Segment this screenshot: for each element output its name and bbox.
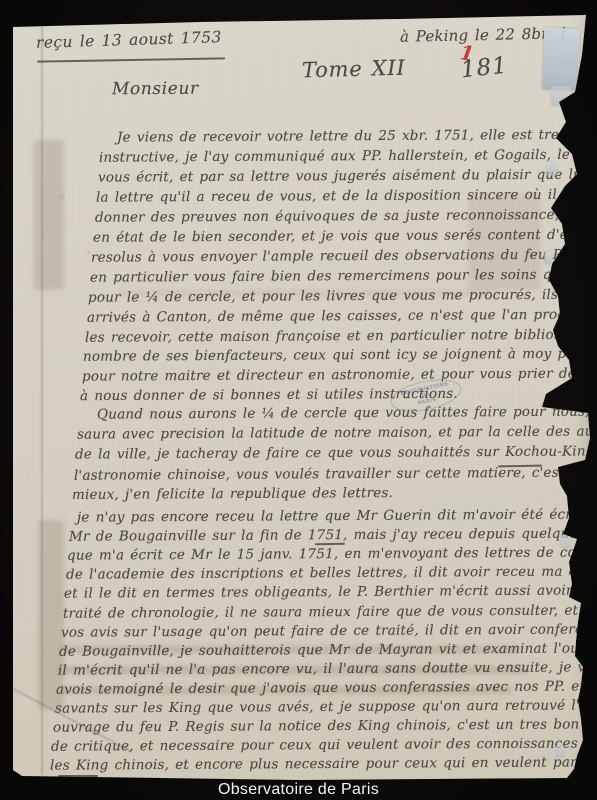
- letter-line: que m'a écrit ce Mr le 15 janv. 1751, en…: [67, 545, 597, 563]
- letter-line: Quand nous aurons le ¼ de cercle que vou…: [97, 404, 597, 422]
- letter-line: vous écrit, et par sa lettre vous jugeré…: [98, 167, 597, 185]
- letter-line: il m'écrit qu'il ne l'a pas encore vu, i…: [58, 660, 586, 678]
- strikethrough-mark: [315, 543, 345, 545]
- folio-number: 181: [460, 54, 509, 84]
- tape-fragment: [561, 535, 570, 548]
- tape-fragment: [544, 252, 552, 264]
- letter-line: avois temoigné le desir que j'avois que …: [56, 679, 597, 697]
- letter-line: en particulier vous faire bien des remer…: [90, 267, 597, 285]
- archival-photo: reçu le 13 aoust 1753 à Peking le 22 8br…: [0, 0, 597, 800]
- letter-line: nombre de ses bienfacteurs, ceux qui son…: [83, 347, 597, 365]
- letter-line: arrivés à Canton, de même que les caisse…: [87, 307, 597, 325]
- letter-line: mieux, j'en felicite la republique des l…: [72, 486, 393, 503]
- letter-line: la lettre qu'il a receu de vous, et de l…: [96, 187, 597, 205]
- letter-line: pour le ¼ de cercle, et pour les livres …: [88, 287, 597, 305]
- lesking-underline: [58, 775, 98, 777]
- letter-line: pour notre maitre et directeur en astron…: [82, 367, 597, 385]
- received-date-note: reçu le 13 aoust 1753: [36, 29, 222, 52]
- manuscript-paper: reçu le 13 aoust 1753 à Peking le 22 8br…: [0, 0, 597, 800]
- letter-line: ouvrage du feu P. Regis sur la notice de…: [53, 717, 597, 735]
- letter-line: savants sur les King que vous avés, et j…: [55, 698, 597, 716]
- letter-line: instructive, je l'ay communiqué aux PP. …: [99, 147, 597, 165]
- letter-line: de la ville, je tacheray de faire ce que…: [75, 445, 595, 463]
- photo-caption: Observatoire de Paris: [0, 781, 597, 799]
- letter-line: et il le dit en termes tres obligeants, …: [64, 584, 597, 602]
- ink-bleedthrough: [34, 140, 64, 290]
- letter-line: les King chinois, et encore plus necessa…: [50, 756, 597, 774]
- letter-line: saura avec precision la latitude de notr…: [77, 425, 597, 443]
- letter-line: les recevoir, cette maison françoise et …: [85, 327, 597, 345]
- letter-line: de l'academie des inscriptions et belles…: [66, 565, 597, 583]
- letter-line: donner des preuves non équivoques de sa …: [95, 207, 597, 225]
- received-note-underline: [37, 57, 225, 62]
- letter-line: l'astronomie chinoise, vous voulés trava…: [74, 465, 597, 483]
- letter-line: de critique, et necessaire pour ceux qui…: [51, 736, 597, 754]
- letter-line: Je viens de recevoir votre lettre du 25 …: [117, 127, 597, 145]
- tape-fragment: [556, 745, 564, 757]
- salutation: Monsieur: [112, 80, 199, 99]
- letter-line: vos avis sur l'usage qu'on peut faire de…: [61, 622, 597, 640]
- letter-line: resolus à vous envoyer l'ample recueil d…: [91, 247, 597, 265]
- letter-line: traité de chronologie, il ne saura mieux…: [63, 603, 597, 621]
- paper-stain: [58, 193, 66, 201]
- tape-fragment: [551, 86, 571, 106]
- letter-line: de Bougainville, je souhaitterois que Mr…: [59, 641, 597, 659]
- letter-line: en état de le bien seconder, et je vois …: [93, 227, 597, 245]
- letter-line: je n'ay pas encore receu la lettre que M…: [77, 507, 597, 525]
- tape-fragment: [547, 162, 557, 176]
- stamp-text: PARIS: [417, 397, 437, 407]
- volume-number: Tome XII: [302, 57, 406, 83]
- tape-fragment: [542, 27, 580, 90]
